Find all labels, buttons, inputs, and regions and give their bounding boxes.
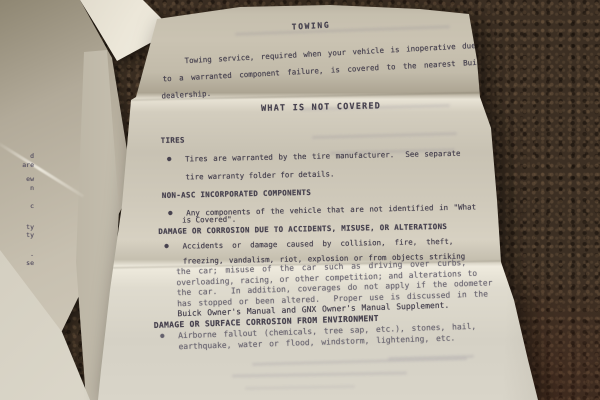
towing-section: TOWING Towing service, required when you…	[150, 13, 475, 105]
bullet-icon: ●	[167, 155, 171, 163]
towing-paragraph: Towing service, required when your vehic…	[151, 37, 475, 105]
photo-of-warranty-document: d are ew n c ty ty - se TOWING	[0, 0, 600, 400]
tires-bullet-line: tire warranty folder for details.	[161, 166, 507, 182]
bullet-icon: ●	[160, 331, 164, 339]
damage-bullet-line: ●Accidents or damage caused by collision…	[158, 236, 514, 251]
bullet-text: Tires are warranted by the tire manufact…	[185, 149, 461, 164]
towing-heading: TOWING	[150, 13, 472, 39]
bleedthrough-mark	[245, 385, 355, 390]
bullet-text: Accidents or damage caused by collision,…	[182, 237, 453, 251]
tires-bullet-line: ●Tires are warranted by the tire manufac…	[161, 148, 507, 164]
main-document-paper: TOWING Towing service, required when you…	[0, 0, 600, 400]
main-document-page: TOWING Towing service, required when you…	[0, 0, 600, 400]
bleedthrough-mark	[232, 371, 407, 377]
tires-heading: TIRES	[161, 129, 483, 145]
bullet-icon: ●	[164, 242, 168, 250]
nonasc-heading: NON-ASC INCORPORATED COMPONENTS	[162, 184, 484, 200]
